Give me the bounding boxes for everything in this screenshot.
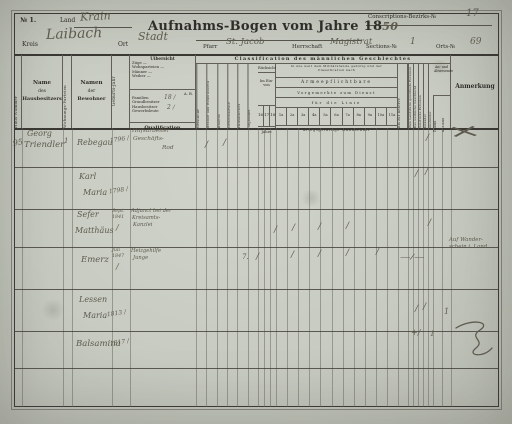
hw-tally-mark: ∕ <box>274 226 277 235</box>
col-residents-line2: der <box>88 89 96 94</box>
form-title-printed: Aufnahms-Bogen vom Jahre 18 <box>148 19 382 34</box>
scanned-census-form: № 1. Land Krain Conscriptions-Bezirks-№ … <box>0 0 512 424</box>
hw-resident-name: Maria <box>83 312 107 320</box>
military-line3: Vorgemerkte zum Dienst <box>276 88 397 98</box>
rot-col-tagloehner: Taglöhner <box>247 64 257 128</box>
hw-qualification-line1: Hilfsarbeiter <box>132 129 170 135</box>
hw-qualification-line3: Rod <box>162 146 174 152</box>
rot-col-geistliche: Geistliche <box>196 64 206 128</box>
military-age-columns: 1a 2a 3a 4a 5a 6a 7a 8a 9a 10a 11a <box>276 108 397 125</box>
kreis-label: Kreis <box>22 41 38 48</box>
hw-legend-value-hausbesitzer: 18 ∕ <box>164 95 176 101</box>
legend-box: Uibersicht Züge — Wohnparteien — Männer … <box>130 55 195 90</box>
hw-tally-mark: ∕ <box>318 250 321 259</box>
mil-col-7a: 7a <box>343 108 354 125</box>
herrschaft-label: Herrschaft <box>292 44 322 50</box>
land-label: Land <box>60 17 75 24</box>
hw-tally-mark: ∕ <box>318 223 321 232</box>
sections-label: Sections-№ <box>366 44 397 50</box>
legend-sub-box: A. B. Familien Grundbesitzer Hausbesitze… <box>130 90 195 123</box>
presence-title: An- und Abwesende <box>433 64 450 96</box>
military-line1: In wie weit dem Militärstande gehörig un… <box>276 64 397 78</box>
hw-tally-mark: ∕ <box>415 305 418 314</box>
rot-col-beamte: Beamte und Honoratioren <box>206 64 216 128</box>
rot-col-gewerbsleute: Gewerbsleute <box>227 64 237 128</box>
military-section: In wie weit dem Militärstande gehörig un… <box>276 64 398 128</box>
hw-tally-mark: ∕ <box>256 253 259 262</box>
presence-col-inland: Inland <box>433 96 442 132</box>
hw-number-mark: 1 <box>430 331 434 338</box>
classification-columns-right: Zum Landsturm gewidmete Personen Das wei… <box>408 64 433 128</box>
mil-col-3a: 3a <box>298 108 309 125</box>
mil-col-5a: 5a <box>320 108 331 125</box>
legend-row-4: Weiber — <box>132 74 193 78</box>
col-reserve-label: Bis zur Reserve <box>398 64 407 130</box>
hw-tally-mark: ∕ <box>292 224 295 233</box>
col-owner: Name des Hausbesitzers <box>22 55 63 128</box>
hw-resident-name: Lessen <box>79 296 107 304</box>
ruecksicht-title: Rücksicht <box>258 64 275 73</box>
form-title-year-handwritten: 50 <box>382 20 398 33</box>
hw-tally-mark: ∕ <box>205 141 208 150</box>
col-partei: Wohnungs-Parteien <box>63 55 72 128</box>
hw-tally-mark: ∕ <box>423 303 426 312</box>
hw-tally-mark: ∕ <box>223 139 226 148</box>
col-haus-nummer: Haus-Nummer <box>14 55 22 128</box>
military-line4: für die Linie <box>276 98 397 108</box>
hw-qualification-line3: Kanzlei <box>133 223 152 228</box>
col-partei-label: Wohnungs-Parteien <box>63 55 71 130</box>
col-residents: Namen der Bewohner <box>72 55 112 128</box>
col-residents-line3: Bewohner <box>77 97 105 103</box>
pfarr-label: Pfarr <box>203 44 217 50</box>
classification-banner: Classification des männlichen Geschlecht… <box>196 55 451 64</box>
col-anmerkung: Anmerkung <box>451 55 499 128</box>
ruecksicht-mid: Im Ein- von <box>258 73 275 106</box>
form-title: Aufnahms-Bogen vom Jahre 1850 <box>148 19 398 34</box>
land-value-handwritten: Krain <box>80 10 111 23</box>
ort-value-handwritten: Stadt <box>138 31 168 42</box>
hw-tally-mark: ∕ <box>426 134 429 143</box>
ort-label: Ort <box>118 41 128 48</box>
hw-qualification-line2: Geschäfts- <box>133 137 164 143</box>
hw-birth-year: 1841 <box>112 216 124 221</box>
hw-flourish-paraph-mark <box>450 318 496 364</box>
orts-value-handwritten: 69 <box>470 38 481 47</box>
hw-cross-mark: × <box>445 122 484 141</box>
hw-resident-name: Emerz <box>81 256 109 265</box>
hw-tally-mark: ∕ <box>415 170 418 179</box>
hw-qualification-line2: Kreisamts- <box>132 216 160 221</box>
rot-col-hilfsarbeiter: Hilfsarbeiter <box>237 64 247 128</box>
col-birth-year: Geburts-Jahr <box>112 55 130 128</box>
hw-partei-count: 1 <box>64 138 68 145</box>
hw-owner-line2: Triendler <box>24 141 64 150</box>
col-haus-nummer-label: Haus-Nummer <box>14 55 21 130</box>
mil-col-11a: 11a <box>387 108 397 125</box>
rot-col-bauern: Bauern <box>217 64 227 128</box>
hw-tally-mark: ∕ <box>376 248 379 257</box>
mil-col-2a: 2a <box>287 108 298 125</box>
hw-tally-mark: ∕ <box>291 251 294 260</box>
hw-tally-mark: ∕ <box>116 224 119 232</box>
hw-resident-name: Karl <box>79 173 96 181</box>
hw-qualification-line1: Heizgehilfe <box>131 249 161 254</box>
col-residents-line1: Namen <box>81 80 103 86</box>
hw-qualification-line2: Junge <box>133 256 148 261</box>
mil-col-1a: 1a <box>276 108 287 125</box>
orts-label: Orts-№ <box>436 44 455 50</box>
legend-sub-row-4: Gewerbsleute <box>132 109 193 113</box>
age-18: 18 <box>270 106 275 126</box>
ruecksicht-box: Rücksicht Im Ein- von 16 17 18 Jahre <box>258 64 276 128</box>
hw-number-mark: 1 <box>444 308 449 316</box>
pfarr-value-handwritten: St. Jacob <box>226 38 264 47</box>
sections-value-handwritten: 1 <box>410 38 416 47</box>
presence-box: An- und Abwesende Inland Ausland <box>433 64 451 128</box>
hw-tally-mark: ∕ <box>346 222 349 231</box>
hw-resident-name: Matthäus <box>75 227 114 235</box>
col-owner-line3: Hausbesitzers <box>22 97 62 103</box>
conscription-district-value-handwritten: 17 <box>466 9 479 19</box>
mil-col-6a: 6a <box>331 108 342 125</box>
military-footer: kriegsgefällige Mannschaft <box>276 125 397 134</box>
mil-col-8a: 8a <box>354 108 365 125</box>
hw-dash-slash-mark: —∕— <box>400 254 425 261</box>
classification-columns-left: Geistliche Beamte und Honoratioren Bauer… <box>196 64 258 128</box>
hw-anmerkung-note-line1: Auf Wander- <box>449 238 483 243</box>
hw-plus-slash-mark: +∕ <box>411 329 420 337</box>
hw-resident-name: Sefer <box>77 211 99 219</box>
col-owner-line1: Name <box>33 80 51 86</box>
qualification-box: Uibersicht Züge — Wohnparteien — Männer … <box>130 55 196 128</box>
hw-anmerkung-note-line2: schein i. Land <box>449 245 487 250</box>
col-owner-line2: des <box>38 89 46 94</box>
ruecksicht-ages: 16 17 18 <box>258 106 275 126</box>
hw-owner-line1: Georg <box>27 130 52 138</box>
col-reserve: Bis zur Reserve <box>398 64 408 128</box>
hw-legend-value-gewerbsleute: 2 ∕ <box>167 105 175 111</box>
hw-tally-mark: ∕ <box>116 263 119 271</box>
col-birth-year-label: Geburts-Jahr <box>112 55 129 130</box>
hw-resident-name: Rebegau <box>77 139 113 147</box>
ruecksicht-footer: Jahre <box>258 126 275 136</box>
military-line2: Armeepflichtbare <box>276 78 397 88</box>
hw-tally-mark: ∕ <box>428 219 431 228</box>
mil-col-10a: 10a <box>376 108 387 125</box>
table-header-bottom-line <box>14 128 499 130</box>
hw-birth-year: 1847 <box>112 255 124 260</box>
kreis-value-handwritten: Laibach <box>46 26 103 42</box>
hw-number-mark: 7. <box>242 254 249 261</box>
hw-resident-name: Maria <box>83 189 107 197</box>
mil-col-9a: 9a <box>365 108 376 125</box>
mil-col-4a: 4a <box>309 108 320 125</box>
hw-tally-mark: ∕ <box>346 249 349 258</box>
hw-qualification-line1: Adjunct bei der <box>131 209 172 214</box>
form-number: № 1. <box>20 16 36 24</box>
hw-tally-mark: ∕ <box>425 168 428 177</box>
